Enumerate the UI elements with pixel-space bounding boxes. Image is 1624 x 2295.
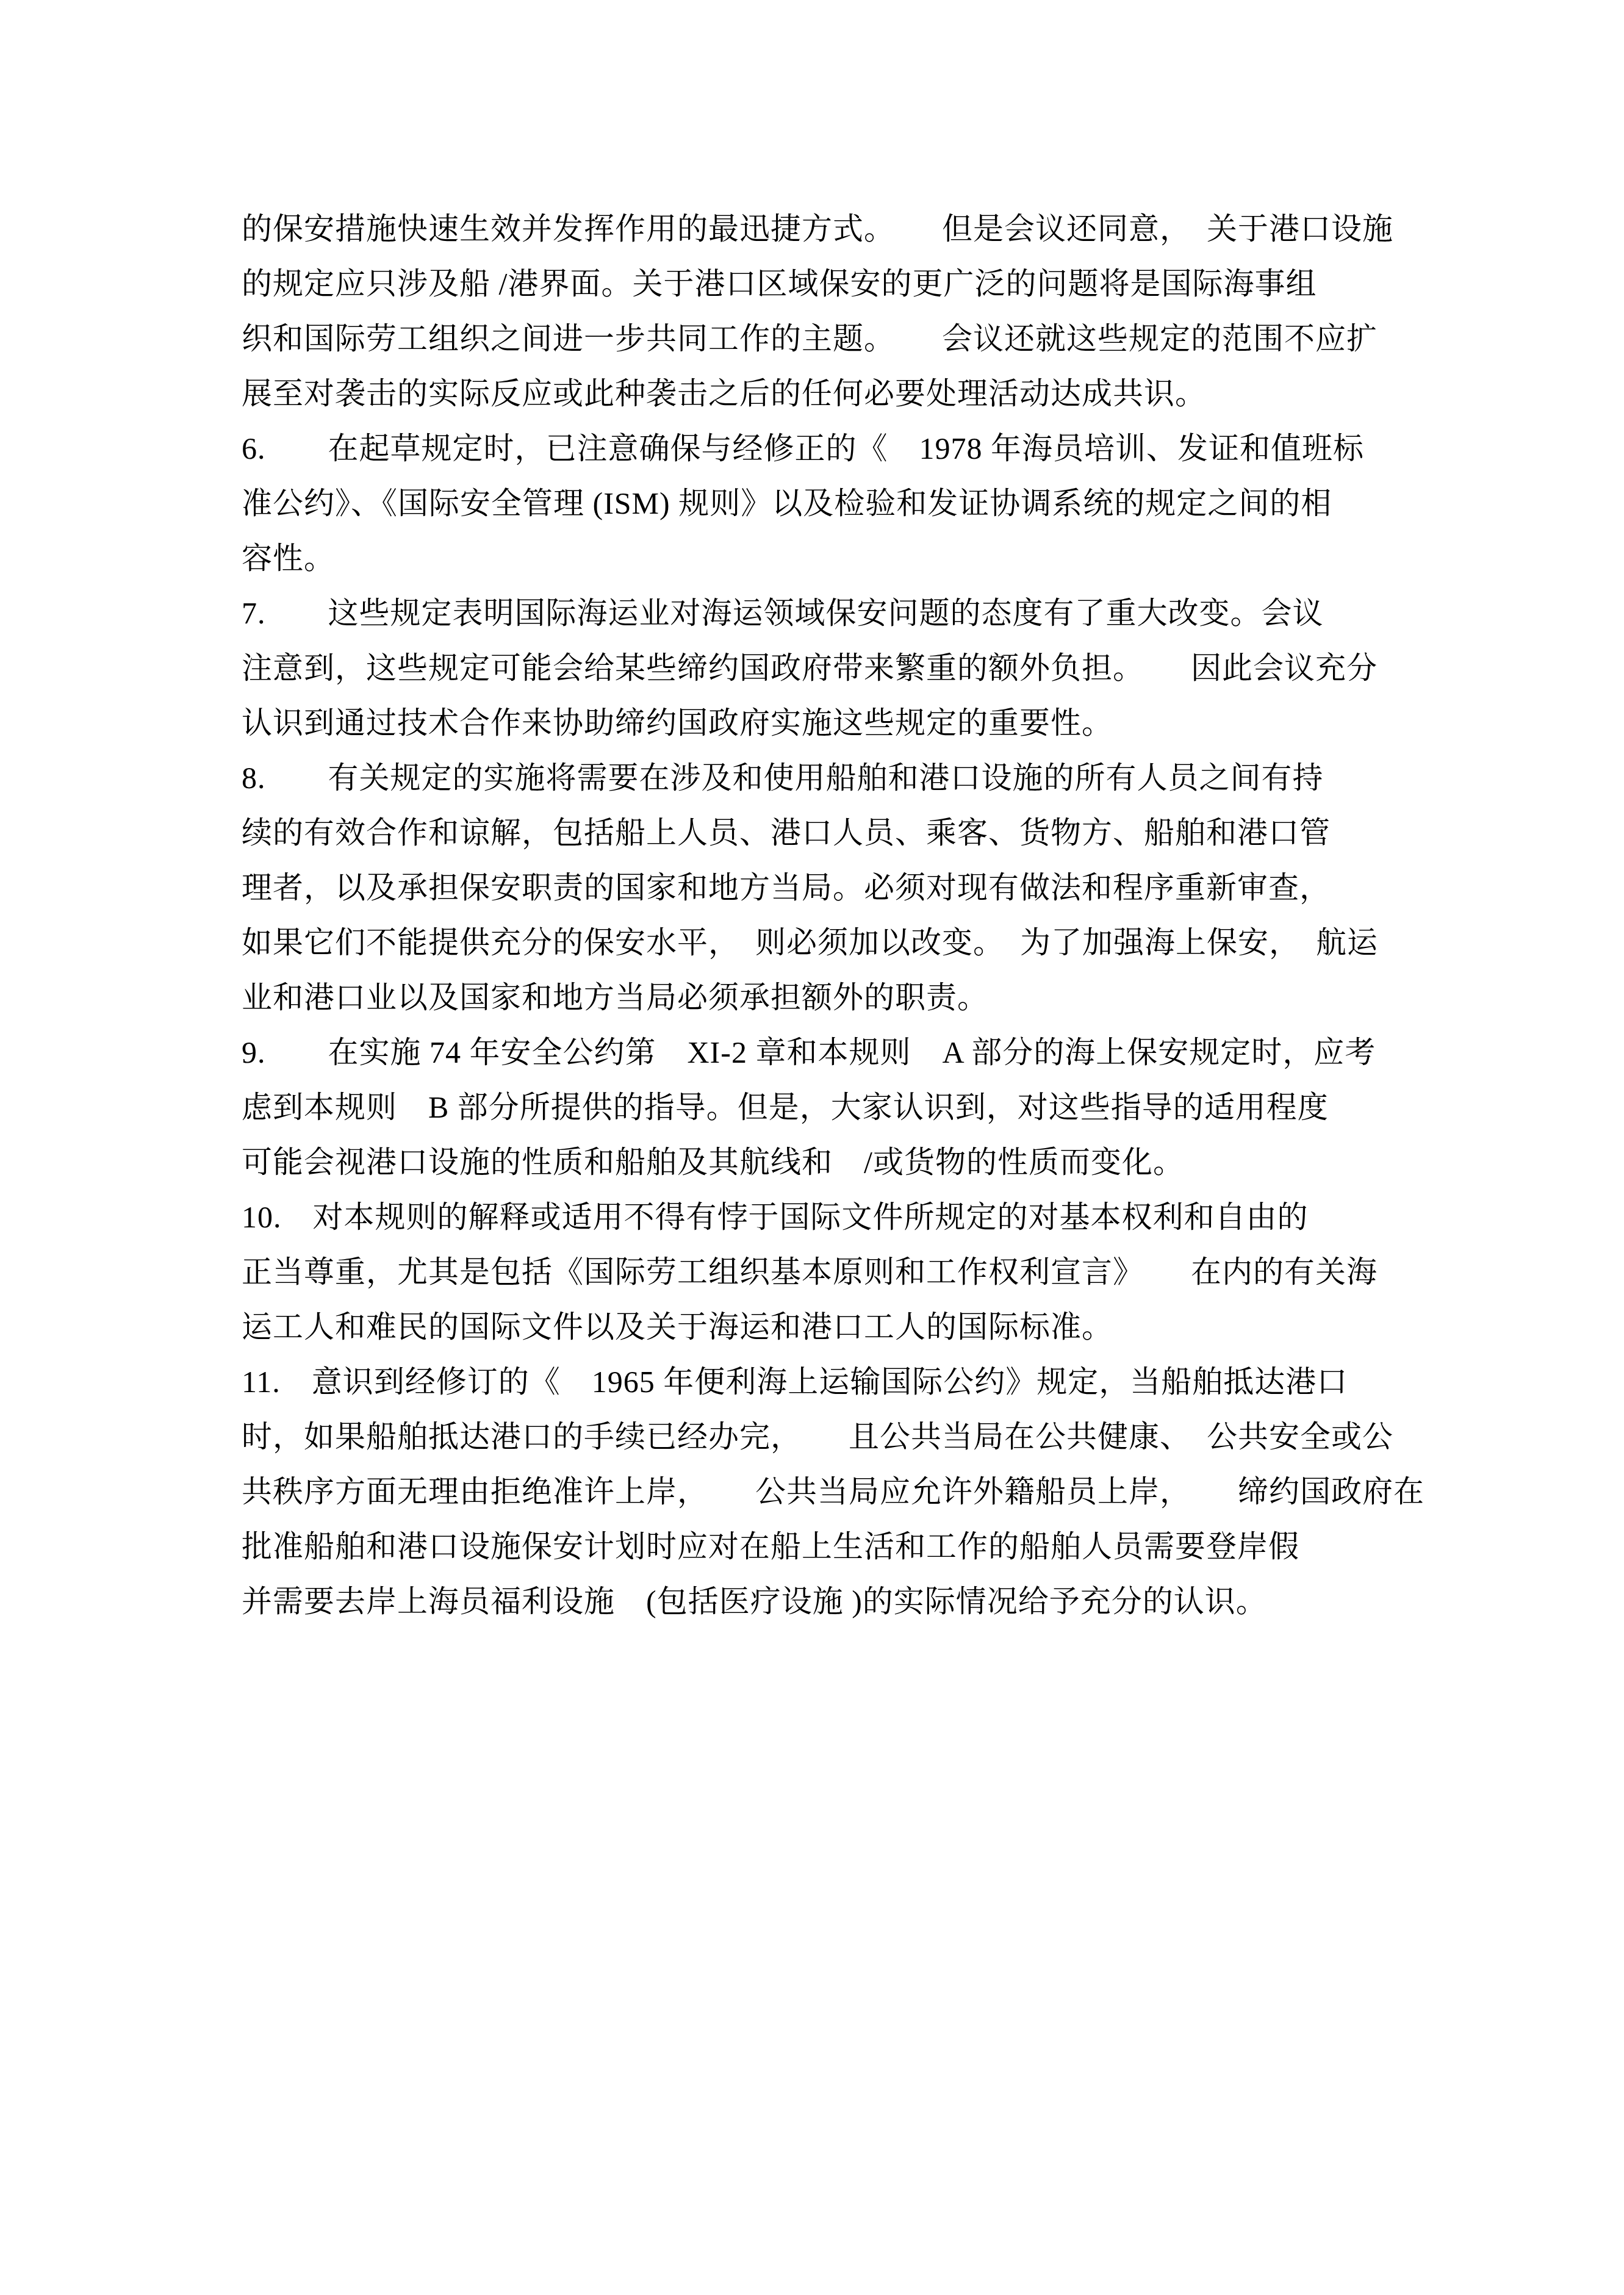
text-line-para-9-start: 9. 在实施 74 年安全公约第 XI-2 章和本规则 A 部分的海上保安规定时… [242, 1025, 1387, 1080]
text-line: 的保安措施快速生效并发挥作用的最迅捷方式。 但是会议还同意， 关于港口设施 [242, 201, 1387, 256]
text-line: 容性。 [242, 531, 1387, 586]
text-line: 的规定应只涉及船 /港界面。关于港口区域保安的更广泛的问题将是国际海事组 [242, 256, 1387, 311]
text-line: 可能会视港口设施的性质和船舶及其航线和 /或货物的性质而变化。 [242, 1135, 1387, 1190]
text-line: 理者，以及承担保安职责的国家和地方当局。必须对现有做法和程序重新审查， [242, 860, 1387, 915]
text-line: 准公约》、《国际安全管理 (ISM) 规则》以及检验和发证协调系统的规定之间的相 [242, 476, 1387, 531]
document-page: 的保安措施快速生效并发挥作用的最迅捷方式。 但是会议还同意， 关于港口设施 的规… [0, 0, 1624, 2295]
text-line: 续的有效合作和谅解，包括船上人员、港口人员、乘客、货物方、船舶和港口管 [242, 805, 1387, 860]
text-block: 的保安措施快速生效并发挥作用的最迅捷方式。 但是会议还同意， 关于港口设施 的规… [242, 201, 1387, 1629]
text-line: 展至对袭击的实际反应或此种袭击之后的任何必要处理活动达成共识。 [242, 366, 1387, 421]
text-line: 业和港口业以及国家和地方当局必须承担额外的职责。 [242, 970, 1387, 1025]
text-line: 虑到本规则 B 部分所提供的指导。但是，大家认识到，对这些指导的适用程度 [242, 1080, 1387, 1135]
text-line: 批准船舶和港口设施保安计划时应对在船上生活和工作的船舶人员需要登岸假 [242, 1519, 1387, 1574]
text-line: 运工人和难民的国际文件以及关于海运和港口工人的国际标准。 [242, 1299, 1387, 1354]
text-line: 注意到，这些规定可能会给某些缔约国政府带来繁重的额外负担。 因此会议充分 [242, 641, 1387, 695]
text-line-para-10-start: 10. 对本规则的解释或适用不得有悖于国际文件所规定的对基本权利和自由的 [242, 1190, 1387, 1244]
text-line: 认识到通过技术合作来协助缔约国政府实施这些规定的重要性。 [242, 695, 1387, 750]
text-line-para-8-start: 8. 有关规定的实施将需要在涉及和使用船舶和港口设施的所有人员之间有持 [242, 750, 1387, 805]
text-line-para-7-start: 7. 这些规定表明国际海运业对海运领域保安问题的态度有了重大改变。会议 [242, 586, 1387, 641]
text-line: 并需要去岸上海员福利设施 (包括医疗设施 )的实际情况给予充分的认识。 [242, 1574, 1387, 1629]
text-line-para-6-start: 6. 在起草规定时，已注意确保与经修正的《 1978 年海员培训、发证和值班标 [242, 421, 1387, 476]
text-line: 共秩序方面无理由拒绝准许上岸， 公共当局应允许外籍船员上岸， 缔约国政府在 [242, 1464, 1387, 1519]
text-line: 织和国际劳工组织之间进一步共同工作的主题。 会议还就这些规定的范围不应扩 [242, 311, 1387, 366]
text-line: 如果它们不能提供充分的保安水平， 则必须加以改变。 为了加强海上保安， 航运 [242, 915, 1387, 970]
text-line: 正当尊重，尤其是包括《国际劳工组织基本原则和工作权利宣言》 在内的有关海 [242, 1244, 1387, 1299]
text-line-para-11-start: 11. 意识到经修订的《 1965 年便利海上运输国际公约》规定，当船舶抵达港口 [242, 1354, 1387, 1409]
text-line: 时，如果船舶抵达港口的手续已经办完， 且公共当局在公共健康、 公共安全或公 [242, 1409, 1387, 1464]
